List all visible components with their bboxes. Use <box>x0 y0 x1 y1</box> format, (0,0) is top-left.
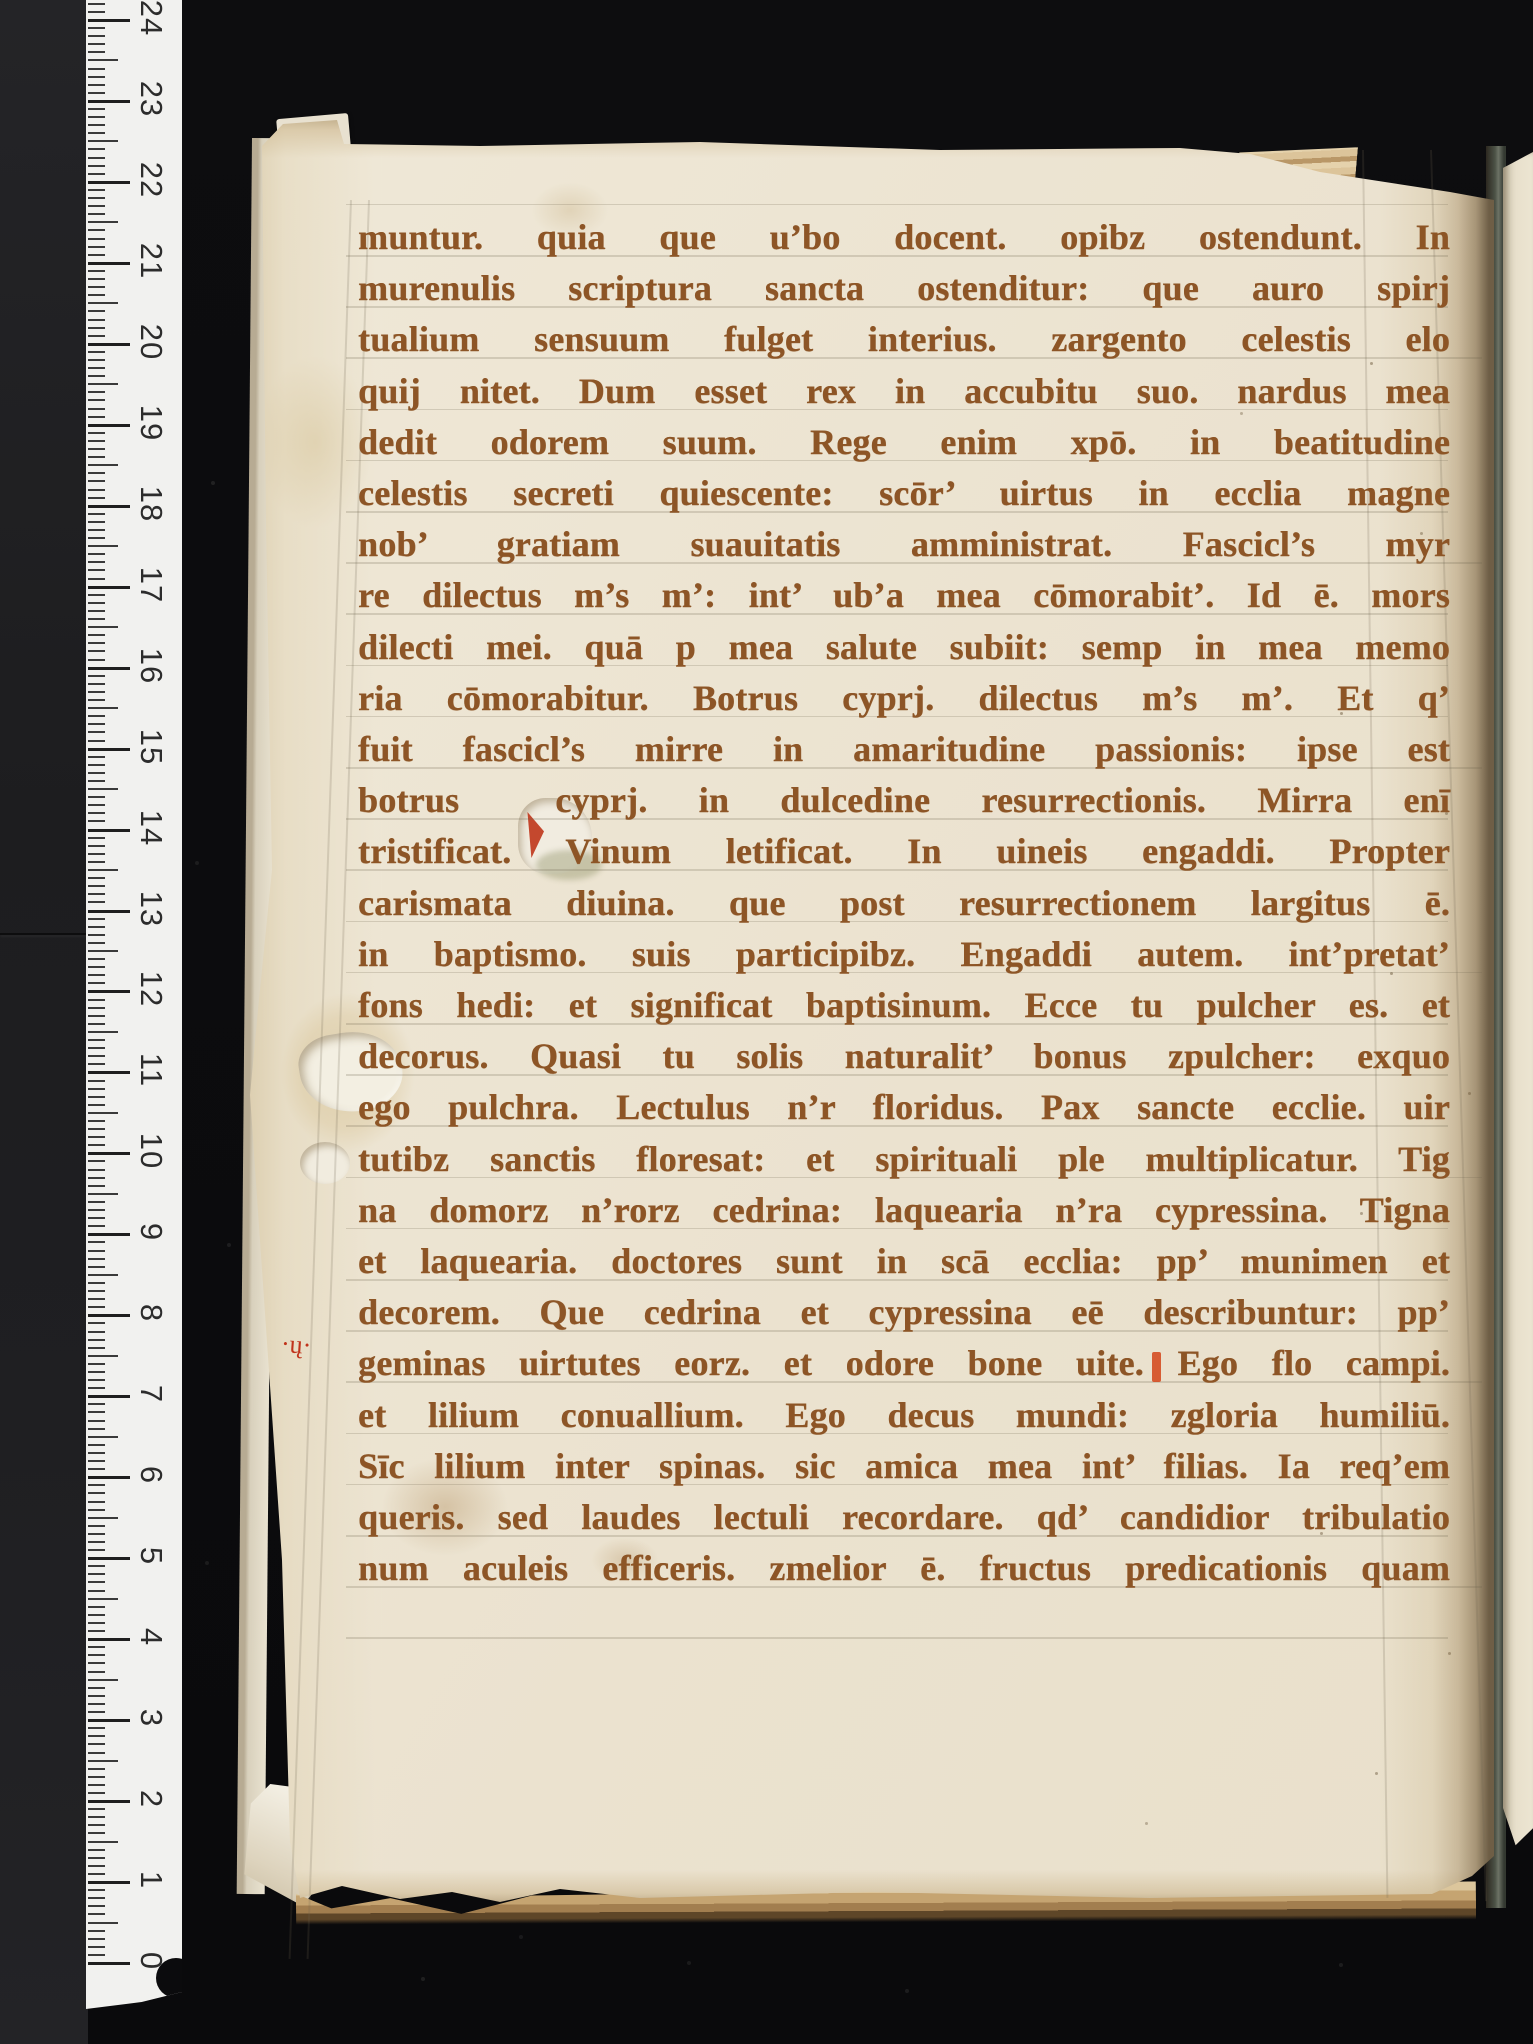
ruler-mm-tick <box>88 869 118 871</box>
ruler-mm-tick <box>88 238 105 240</box>
ruler-mm-tick <box>88 1193 118 1195</box>
ruler-label: 2 <box>133 1776 169 1822</box>
ruler-mm-tick <box>88 1598 118 1600</box>
ruler-mm-tick <box>88 966 105 968</box>
ruler-label: 5 <box>133 1533 169 1579</box>
ruler-mm-tick <box>88 1808 105 1810</box>
ruler-mm-tick <box>88 1792 105 1794</box>
ruler-mm-tick <box>88 213 105 215</box>
text-line: murenulis scriptura sancta ostenditur: q… <box>358 267 1450 311</box>
ruler-mm-tick <box>88 456 105 458</box>
ruler-label: 22 <box>133 157 169 203</box>
ruler-mm-tick <box>88 837 105 839</box>
ruler-mm-tick <box>88 578 105 580</box>
text-line: botruscyprj. in dulcedine resurrectionis… <box>358 779 1450 823</box>
ruler-mm-tick <box>88 780 105 782</box>
ruler-mm-tick <box>88 1225 105 1227</box>
text-line: ego pulchra. Lectulus n’r floridus. Pax … <box>358 1086 1450 1130</box>
ruler-cm-tick <box>88 424 130 427</box>
ruler-mm-tick <box>88 1112 118 1114</box>
ruler-label: 4 <box>133 1614 169 1660</box>
ruler-mm-tick <box>88 1428 105 1430</box>
ruler-mm-tick <box>88 1946 105 1948</box>
ruler-mm-tick <box>88 1379 105 1381</box>
ruler-cm-tick <box>88 667 130 670</box>
ruler-mm-tick <box>88 1671 105 1673</box>
text-line: quij nitet. Dum esset rex in accubitu su… <box>358 370 1450 414</box>
ruler-mm-tick <box>88 1492 105 1494</box>
ruler-mm-tick <box>88 327 105 329</box>
ruler-mm-tick <box>88 124 105 126</box>
ruler-label: 15 <box>133 724 169 770</box>
ruler-mm-tick <box>88 1517 118 1519</box>
ruler-mm-tick <box>88 537 105 539</box>
ruler-mm-tick <box>88 35 105 37</box>
ruler-mm-tick <box>88 1525 105 1527</box>
ruler-cm-tick <box>88 1071 130 1074</box>
ruler-mm-tick <box>88 820 105 822</box>
ruler-mm-tick <box>88 108 105 110</box>
ruler-mm-tick <box>88 1541 105 1543</box>
ruler-mm-tick <box>88 92 105 94</box>
ruler-label: 0 <box>133 1938 169 1984</box>
ruler-mm-tick <box>88 893 105 895</box>
ruler-label: 6 <box>133 1452 169 1498</box>
ruler-mm-tick <box>88 1282 105 1284</box>
ruler-label: 13 <box>133 886 169 932</box>
ruler-cm-tick <box>88 505 130 508</box>
ruler-mm-tick <box>88 610 105 612</box>
ruler-mm-tick <box>88 310 105 312</box>
ruler-mm-tick <box>88 861 105 863</box>
ruler-mm-tick <box>88 1080 105 1082</box>
ruler-mm-tick <box>88 772 105 774</box>
ruler-mm-tick <box>88 1938 105 1940</box>
board-seam <box>0 933 88 935</box>
ruler-mm-tick <box>88 788 118 790</box>
ruler-cm-tick <box>88 1881 130 1884</box>
ruler-label: 23 <box>133 76 169 122</box>
ruler-cm-tick <box>88 1800 130 1803</box>
ruler-mm-tick <box>88 1824 105 1826</box>
ruler-label: 18 <box>133 481 169 527</box>
text-line: decorem. Que cedrina et cypressina eē de… <box>358 1291 1450 1335</box>
ruler-label: 20 <box>133 319 169 365</box>
text-line: dilecti mei. quā p mea salute subiit: se… <box>358 626 1450 670</box>
ruler-mm-tick <box>88 399 105 401</box>
ruler-mm-tick <box>88 1727 105 1729</box>
ruler-mm-tick <box>88 1873 105 1875</box>
ruler-cm-tick <box>88 1962 130 1965</box>
ruler-mm-tick <box>88 561 105 563</box>
text-line: carismata diuina. que post resurrectione… <box>358 882 1450 926</box>
ruler-mm-tick <box>88 1160 105 1162</box>
ruler-mm-tick <box>88 1444 105 1446</box>
ruler-mm-tick <box>88 448 105 450</box>
ruler-mm-tick <box>88 375 105 377</box>
ruler-mm-tick <box>88 1897 105 1899</box>
facing-page-sliver <box>1503 152 1533 1852</box>
ruler-mm-tick <box>88 116 105 118</box>
ruler-mm-tick <box>88 659 105 661</box>
ruler-cm-tick <box>88 829 130 832</box>
ruler-mm-tick <box>88 529 105 531</box>
ruler-mm-tick <box>88 845 105 847</box>
ruler-mm-tick <box>88 731 105 733</box>
ruler-mm-tick <box>88 683 105 685</box>
ruler-mm-tick <box>88 1169 105 1171</box>
ruler-mm-tick <box>88 1816 105 1818</box>
ruler-label: 9 <box>133 1209 169 1255</box>
text-line: tristificat. Vinum letificat. In uineis … <box>358 830 1450 874</box>
ruler-mm-tick <box>88 691 105 693</box>
ruler-mm-tick <box>88 1136 105 1138</box>
text-line: muntur. quia que u’bo docent. opibz oste… <box>358 216 1450 260</box>
ruler-mm-tick <box>88 1031 118 1033</box>
ruler-mm-tick <box>88 335 105 337</box>
ruler-mm-tick <box>88 1420 105 1422</box>
ruler-mm-tick <box>88 1290 105 1292</box>
parchment-scar-small <box>300 1142 350 1184</box>
text-line: na domorz n’rorz cedrina: laquearia n’ra… <box>358 1189 1450 1233</box>
ruler-mm-tick <box>88 715 105 717</box>
ruler-mm-tick <box>88 1905 105 1907</box>
ruler-mm-tick <box>88 1144 105 1146</box>
ruler-mm-tick <box>88 885 105 887</box>
ruler-mm-tick <box>88 148 105 150</box>
ruler-mm-tick <box>88 229 105 231</box>
ruler-mm-tick <box>88 1452 105 1454</box>
ruler-mm-tick <box>88 1735 105 1737</box>
centimeter-ruler: 0123456789101112131415161718192021222324 <box>86 0 182 2012</box>
ruler-mm-tick <box>88 1217 105 1219</box>
ruler-mm-tick <box>88 950 118 952</box>
ruler-mm-tick <box>88 1403 105 1405</box>
ruler-mm-tick <box>88 877 105 879</box>
ruler-mm-tick <box>88 1622 105 1624</box>
ruler-cm-tick <box>88 181 130 184</box>
ruler-mm-tick <box>88 926 105 928</box>
ruler-label: 10 <box>133 1128 169 1174</box>
ruler-cm-tick <box>88 262 130 265</box>
ruler-cm-tick <box>88 1557 130 1560</box>
ruler-mm-tick <box>88 1687 105 1689</box>
ruler-mm-tick <box>88 1355 118 1357</box>
ruler-mm-tick <box>88 1581 105 1583</box>
gray-backing-board <box>0 0 88 2044</box>
ruler-mm-tick <box>88 1606 105 1608</box>
ruler-mm-tick <box>88 1250 105 1252</box>
text-line: ria cōmorabitur. Botrus cyprj. dilectus … <box>358 677 1450 721</box>
ruler-cm-tick <box>88 910 130 913</box>
ruler-mm-tick <box>88 1954 105 1956</box>
ruler-mm-tick <box>88 221 118 223</box>
ruler-mm-tick <box>88 999 105 1001</box>
ruler-mm-tick <box>88 513 105 515</box>
ruler-mm-tick <box>88 1177 105 1179</box>
ruler-mm-tick <box>88 642 105 644</box>
ruler-mm-tick <box>88 464 118 466</box>
ruler-label: 11 <box>133 1047 169 1093</box>
ruler-label: 1 <box>133 1857 169 1903</box>
ruler-mm-tick <box>88 1832 105 1834</box>
ruler-mm-tick <box>88 626 118 628</box>
ruler-cm-tick <box>88 1476 130 1479</box>
ruler-mm-tick <box>88 634 105 636</box>
ruler-mm-tick <box>88 804 105 806</box>
ruler-mm-tick <box>88 1509 105 1511</box>
text-line: tualium sensuum fulget interius. zargent… <box>358 318 1450 362</box>
ruler-mm-tick <box>88 1274 118 1276</box>
ruler-cm-tick <box>88 19 130 22</box>
ruler-mm-tick <box>88 1322 105 1324</box>
ruler-mm-tick <box>88 43 105 45</box>
ruler-mm-tick <box>88 1371 105 1373</box>
ruler-mm-tick <box>88 1128 105 1130</box>
ruler-mm-tick <box>88 1695 105 1697</box>
text-line: geminas uirtutes eorz. et odore bone uit… <box>358 1342 1450 1386</box>
ruler-mm-tick <box>88 189 105 191</box>
ruler-mm-tick <box>88 1209 105 1211</box>
ruler-mm-tick <box>88 1501 105 1503</box>
ruler-cm-tick <box>88 586 130 589</box>
ruler-label: 16 <box>133 643 169 689</box>
ruler-mm-tick <box>88 319 105 321</box>
ruler-mm-tick <box>88 1865 105 1867</box>
ruler-mm-tick <box>88 1185 105 1187</box>
ruler-mm-tick <box>88 1363 105 1365</box>
ruler-mm-tick <box>88 1549 105 1551</box>
text-line: decorus. Quasi tu solis naturalit’ bonus… <box>358 1035 1450 1079</box>
ruler-cm-tick <box>88 343 130 346</box>
ruler-mm-tick <box>88 302 118 304</box>
ruler-mm-tick <box>88 934 105 936</box>
ruler-mm-tick <box>88 1662 105 1664</box>
ruler-mm-tick <box>88 351 105 353</box>
ruler-mm-tick <box>88 1266 105 1268</box>
rubricated-initial-accent <box>1152 1352 1161 1382</box>
ruler-mm-tick <box>88 569 105 571</box>
ruler-mm-tick <box>88 1849 105 1851</box>
ruler-mm-tick <box>88 521 105 523</box>
ruler-mm-tick <box>88 1565 105 1567</box>
ruler-mm-tick <box>88 740 105 742</box>
ruler-mm-tick <box>88 1703 105 1705</box>
ruler-mm-tick <box>88 1201 105 1203</box>
ruler-mm-tick <box>88 11 105 13</box>
ruler-mm-tick <box>88 1922 118 1924</box>
text-line: num aculeis efficeris. zmelior ē. fructu… <box>358 1547 1450 1591</box>
ruler-mm-tick <box>88 1654 105 1656</box>
ruler-mm-tick <box>88 359 105 361</box>
text-line: fons hedi: et significat baptisinum. Ecc… <box>358 984 1450 1028</box>
ruler-mm-tick <box>88 1015 105 1017</box>
ruler-mm-tick <box>88 1339 105 1341</box>
ruler-mm-tick <box>88 1436 118 1438</box>
ruler-mm-tick <box>88 756 105 758</box>
text-line: in baptismo. suis participibz. Engaddi a… <box>358 933 1450 977</box>
ruler-mm-tick <box>88 1711 105 1713</box>
ruler-mm-tick <box>88 440 105 442</box>
ruler-mm-tick <box>88 1913 105 1915</box>
ruler-cm-tick <box>88 1638 130 1641</box>
ruler-mm-tick <box>88 602 105 604</box>
ruler-mm-tick <box>88 270 105 272</box>
ruler-mm-tick <box>88 675 105 677</box>
ruler-mm-tick <box>88 173 105 175</box>
ruled-line <box>346 1637 1448 1639</box>
ruler-mm-tick <box>88 1241 105 1243</box>
ruler-mm-tick <box>88 1646 105 1648</box>
ruler-mm-tick <box>88 246 105 248</box>
ruler-mm-tick <box>88 1857 105 1859</box>
ruler-mm-tick <box>88 197 105 199</box>
ruler-mm-tick <box>88 1768 105 1770</box>
ruler-cm-tick <box>88 1314 130 1317</box>
dust-specks <box>0 0 2 2</box>
ruler-mm-tick <box>88 1679 118 1681</box>
ruler-mm-tick <box>88 1023 105 1025</box>
ruler-mm-tick <box>88 294 105 296</box>
ruler-mm-tick <box>88 1784 105 1786</box>
ruler-mm-tick <box>88 853 105 855</box>
ruler-mm-tick <box>88 553 105 555</box>
text-line: Sīc lilium inter spinas. sic amica mea i… <box>358 1445 1450 1489</box>
ruler-mm-tick <box>88 901 105 903</box>
ruler-mm-tick <box>88 982 105 984</box>
ruler-mm-tick <box>88 27 105 29</box>
ruler-label: 24 <box>133 0 169 41</box>
ruler-mm-tick <box>88 618 105 620</box>
text-line: et laquearia. doctores sunt in scā eccli… <box>358 1240 1450 1284</box>
ruler-mm-tick <box>88 383 118 385</box>
text-line: et lilium conuallium. Ego decus mundi: z… <box>358 1394 1450 1438</box>
ruler-mm-tick <box>88 1298 105 1300</box>
ruler-mm-tick <box>88 1331 105 1333</box>
ruler-label: 19 <box>133 400 169 446</box>
ruler-label: 8 <box>133 1290 169 1336</box>
ruler-mm-tick <box>88 165 105 167</box>
ruler-mm-tick <box>88 1468 105 1470</box>
ruler-mm-tick <box>88 1047 105 1049</box>
ruler-mm-tick <box>88 974 105 976</box>
ruler-mm-tick <box>88 59 118 61</box>
ruler-mm-tick <box>88 545 118 547</box>
ruler-mm-tick <box>88 278 105 280</box>
ruler-mm-tick <box>88 594 105 596</box>
ruler-cm-tick <box>88 748 130 751</box>
ruler-mm-tick <box>88 480 105 482</box>
ruler-mm-tick <box>88 723 105 725</box>
ruler-mm-tick <box>88 812 105 814</box>
ruler-mm-tick <box>88 1743 105 1745</box>
ruler-mm-tick <box>88 68 105 70</box>
ruler-mm-tick <box>88 1258 105 1260</box>
ruler-mm-tick <box>88 1841 118 1843</box>
ruler-mm-tick <box>88 1889 105 1891</box>
ruler-mm-tick <box>88 1590 105 1592</box>
ruled-line <box>346 204 1448 206</box>
ruler-mm-tick <box>88 1460 105 1462</box>
ruler-mm-tick <box>88 1411 105 1413</box>
ruler-mm-tick <box>88 132 105 134</box>
ruler-mm-tick <box>88 650 105 652</box>
text-line: dedit odorem suum. Rege enim xpō. in bea… <box>358 421 1450 465</box>
ruler-label: 12 <box>133 966 169 1012</box>
text-line: fuit fascicl’s mirre in amaritudine pass… <box>358 728 1450 772</box>
ruler-mm-tick <box>88 367 105 369</box>
ruler-mm-tick <box>88 76 105 78</box>
ruler-mm-tick <box>88 1306 105 1308</box>
ruler-mm-tick <box>88 1387 105 1389</box>
ruler-mm-tick <box>88 254 105 256</box>
ruler-mm-tick <box>88 84 105 86</box>
ruler-mm-tick <box>88 489 105 491</box>
ruler-label: 17 <box>133 562 169 608</box>
ruler-mm-tick <box>88 1776 105 1778</box>
ruler-mm-tick <box>88 157 105 159</box>
ruler-mm-tick <box>88 472 105 474</box>
ruler-mm-tick <box>88 764 105 766</box>
ruler-mm-tick <box>88 1930 105 1932</box>
ruler-mm-tick <box>88 497 105 499</box>
text-line: nob’ gratiam suauitatis amministrat. Fas… <box>358 523 1450 567</box>
ruler-mm-tick <box>88 1630 105 1632</box>
ruler-mm-tick <box>88 140 118 142</box>
ruler-mm-tick <box>88 416 105 418</box>
ruler-cm-tick <box>88 990 130 993</box>
ruler-label: 21 <box>133 238 169 284</box>
ruler-label: 14 <box>133 805 169 851</box>
ruler-mm-tick <box>88 958 105 960</box>
ruler-mm-tick <box>88 432 105 434</box>
ruler-mm-tick <box>88 1614 105 1616</box>
ruler-mm-tick <box>88 796 105 798</box>
text-line: queris. sed laudes lectuli recordare. qd… <box>358 1496 1450 1540</box>
ruler-label: 7 <box>133 1371 169 1417</box>
ruler-cm-tick <box>88 1719 130 1722</box>
ruler-mm-tick <box>88 942 105 944</box>
ruler-mm-tick <box>88 1760 118 1762</box>
ruler-mm-tick <box>88 707 118 709</box>
ruler-mm-tick <box>88 1533 105 1535</box>
ruler-mm-tick <box>88 918 105 920</box>
ruler-mm-tick <box>88 1752 105 1754</box>
ruler-cm-tick <box>88 1395 130 1398</box>
ruler-cm-tick <box>88 1233 130 1236</box>
ruler-mm-tick <box>88 1039 105 1041</box>
ruler-mm-tick <box>88 1347 105 1349</box>
ruler-mm-tick <box>88 3 105 5</box>
ruler-mm-tick <box>88 1484 105 1486</box>
ruler-mm-tick <box>88 1088 105 1090</box>
ruler-mm-tick <box>88 1063 105 1065</box>
ruler-mm-tick <box>88 391 105 393</box>
text-line: celestis secreti quiescente: scōr’ uirtu… <box>358 472 1450 516</box>
ruler-mm-tick <box>88 699 105 701</box>
ruler-mm-tick <box>88 1120 105 1122</box>
ruler-cm-tick <box>88 100 130 103</box>
manuscript-photo: 0123456789101112131415161718192021222324… <box>0 0 1533 2044</box>
ruler-mm-tick <box>88 1055 105 1057</box>
text-line: tutibz sanctis floresat: et spirituali p… <box>358 1138 1450 1182</box>
ruler-mm-tick <box>88 205 105 207</box>
ruler-mm-tick <box>88 51 105 53</box>
marginal-mark: ·ų· <box>280 1329 312 1361</box>
ruler-mm-tick <box>88 286 105 288</box>
ruler-mm-tick <box>88 408 105 410</box>
ruler-label: 3 <box>133 1695 169 1741</box>
